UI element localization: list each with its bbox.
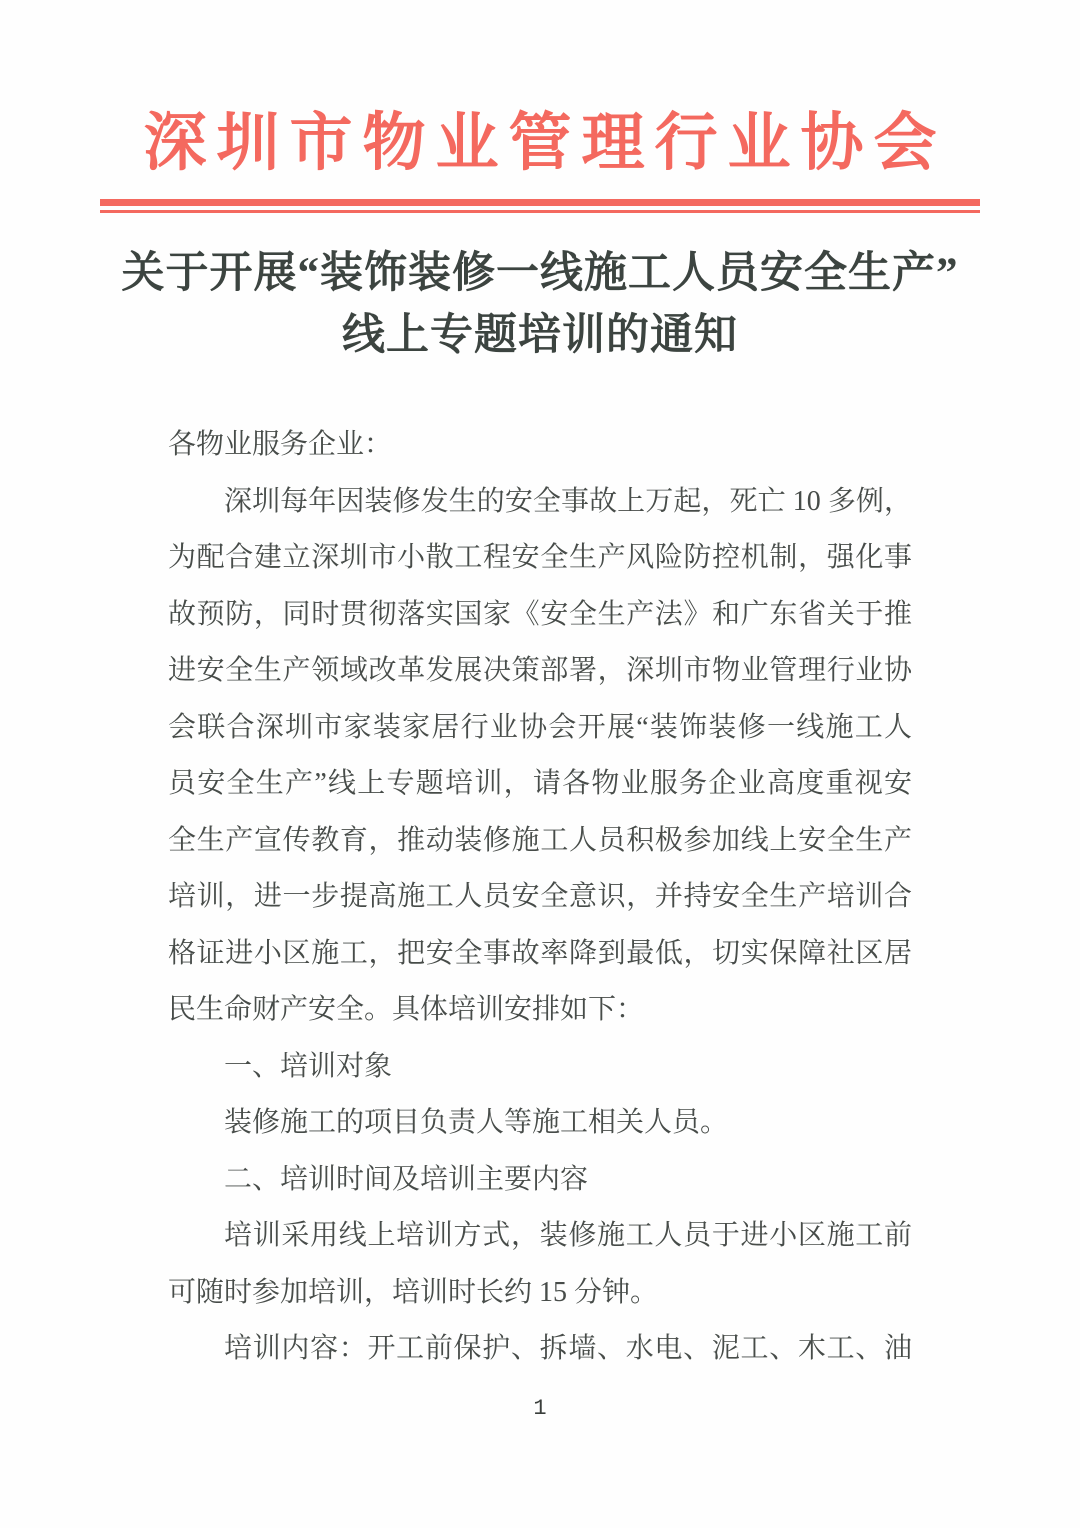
page-number: 1 [0, 1396, 1080, 1422]
body-line: 培训内容：开工前保护、拆墙、水电、泥工、木工、油 [168, 1321, 912, 1378]
document-title: 关于开展“装饰装修一线施工人员安全生产” 线上专题培训的通知 [0, 243, 1080, 367]
body-line: 培训采用线上培训方式，装修施工人员于进小区施工前 [168, 1208, 912, 1265]
body-line: 格证进小区施工，把安全事故率降到最低，切实保障社区居 [168, 926, 912, 983]
body-line: 装修施工的项目负责人等施工相关人员。 [168, 1095, 912, 1152]
body-line: 二、培训时间及培训主要内容 [168, 1152, 912, 1209]
document-page: 深圳市物业管理行业协会 关于开展“装饰装修一线施工人员安全生产” 线上专题培训的… [0, 0, 1080, 1528]
body-line: 全生产宣传教育，推动装修施工人员积极参加线上安全生产 [168, 813, 912, 870]
body-line: 员安全生产”线上专题培训，请各物业服务企业高度重视安 [168, 756, 912, 813]
document-title-line-2: 线上专题培训的通知 [0, 305, 1080, 367]
body-line: 故预防，同时贯彻落实国家《安全生产法》和广东省关于推 [168, 587, 912, 644]
body-line: 会联合深圳市家装家居行业协会开展“装饰装修一线施工人 [168, 700, 912, 757]
letterhead-double-rule [100, 199, 980, 213]
body-line: 培训，进一步提高施工人员安全意识，并持安全生产培训合 [168, 869, 912, 926]
document-title-line-1: 关于开展“装饰装修一线施工人员安全生产” [0, 243, 1080, 305]
body-line: 可随时参加培训，培训时长约 15 分钟。 [168, 1265, 912, 1322]
org-letterhead-title: 深圳市物业管理行业协会 [0, 112, 1080, 175]
body-line: 民生命财产安全。具体培训安排如下： [168, 982, 912, 1039]
body-line: 各物业服务企业： [168, 417, 912, 474]
body-line: 深圳每年因装修发生的安全事故上万起，死亡 10 多例， [168, 474, 912, 531]
body-line: 进安全生产领域改革发展决策部署，深圳市物业管理行业协 [168, 643, 912, 700]
body-line: 一、培训对象 [168, 1039, 912, 1096]
body-line: 为配合建立深圳市小散工程安全生产风险防控机制，强化事 [168, 530, 912, 587]
document-body: 各物业服务企业：深圳每年因装修发生的安全事故上万起，死亡 10 多例，为配合建立… [168, 417, 912, 1378]
